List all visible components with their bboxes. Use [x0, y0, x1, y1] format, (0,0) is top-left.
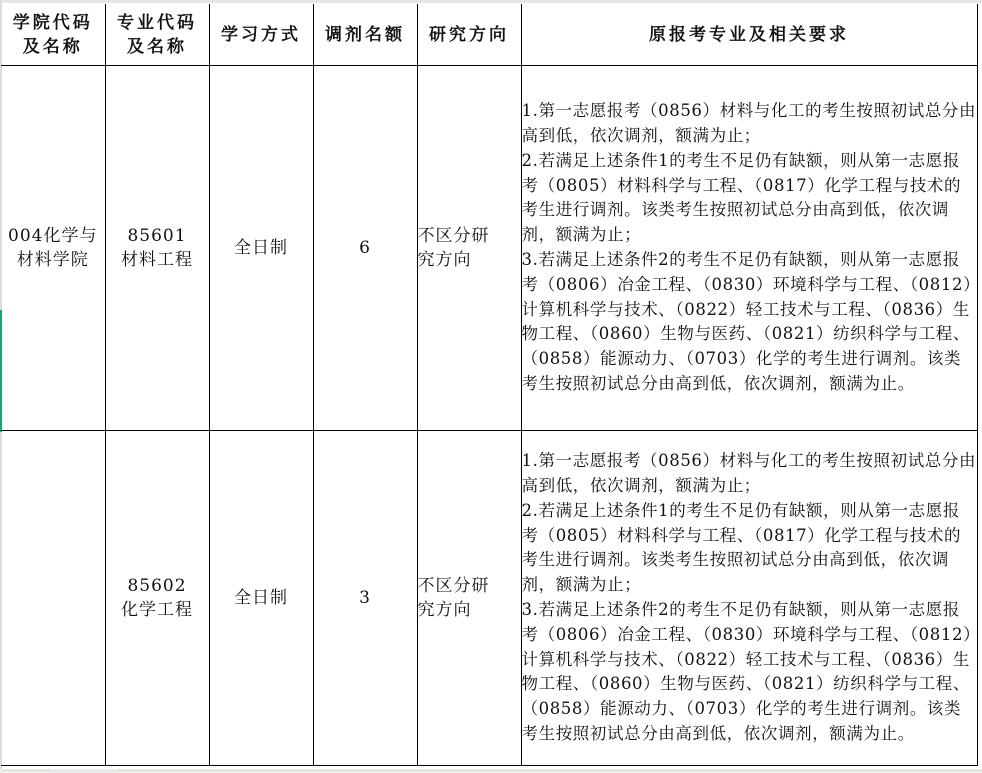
header-quota: 调剂名额 [313, 4, 417, 66]
requirement-item: 3.若满足上述条件2的考生不足仍有缺额，则从第一志愿报考（0806）冶金工程、（… [522, 248, 977, 397]
adjustment-table: 学院代码 及名称 专业代码 及名称 学习方式 调剂名额 研究方向 原报考专业及相… [1, 4, 978, 766]
college-cell[interactable]: 004化学与 材料学院 [1, 66, 105, 431]
header-major: 专业代码 及名称 [105, 4, 209, 66]
table-row: 85602 化学工程 全日制 3 不区分研 究方向 1.第一志愿报考（0856）… [1, 431, 977, 766]
college-cell[interactable] [1, 431, 105, 766]
requirement-item: 2.若满足上述条件1的考生不足仍有缺额，则从第一志愿报考（0805）材料科学与工… [522, 149, 977, 248]
sheet-top-edge [0, 0, 982, 3]
table-row: 004化学与 材料学院 85601 材料工程 全日制 6 不区分研 究方向 1.… [1, 66, 977, 431]
major-cell[interactable]: 85602 化学工程 [105, 431, 209, 766]
header-requirements: 原报考专业及相关要求 [521, 4, 977, 66]
study-mode-cell[interactable]: 全日制 [209, 66, 313, 431]
sheet-bottom-edge [0, 769, 982, 773]
requirements-cell[interactable]: 1.第一志愿报考（0856）材料与化工的考生按照初试总分由高到低，依次调剂，额满… [521, 431, 977, 766]
quota-cell[interactable]: 6 [313, 66, 417, 431]
requirements-cell[interactable]: 1.第一志愿报考（0856）材料与化工的考生按照初试总分由高到低，依次调剂，额满… [521, 66, 977, 431]
header-direction: 研究方向 [417, 4, 521, 66]
table-header-row: 学院代码 及名称 专业代码 及名称 学习方式 调剂名额 研究方向 原报考专业及相… [1, 4, 977, 66]
header-study-mode: 学习方式 [209, 4, 313, 66]
requirement-item: 1.第一志愿报考（0856）材料与化工的考生按照初试总分由高到低，依次调剂，额满… [522, 99, 977, 149]
major-cell[interactable]: 85601 材料工程 [105, 66, 209, 431]
requirement-item: 1.第一志愿报考（0856）材料与化工的考生按照初试总分由高到低，依次调剂，额满… [522, 449, 977, 499]
study-mode-cell[interactable]: 全日制 [209, 431, 313, 766]
quota-cell[interactable]: 3 [313, 431, 417, 766]
direction-cell[interactable]: 不区分研 究方向 [417, 66, 521, 431]
header-college: 学院代码 及名称 [1, 4, 105, 66]
requirement-item: 2.若满足上述条件1的考生不足仍有缺额，则从第一志愿报考（0805）材料科学与工… [522, 499, 977, 598]
direction-cell[interactable]: 不区分研 究方向 [417, 431, 521, 766]
requirement-item: 3.若满足上述条件2的考生不足仍有缺额，则从第一志愿报考（0806）冶金工程、（… [522, 598, 977, 747]
